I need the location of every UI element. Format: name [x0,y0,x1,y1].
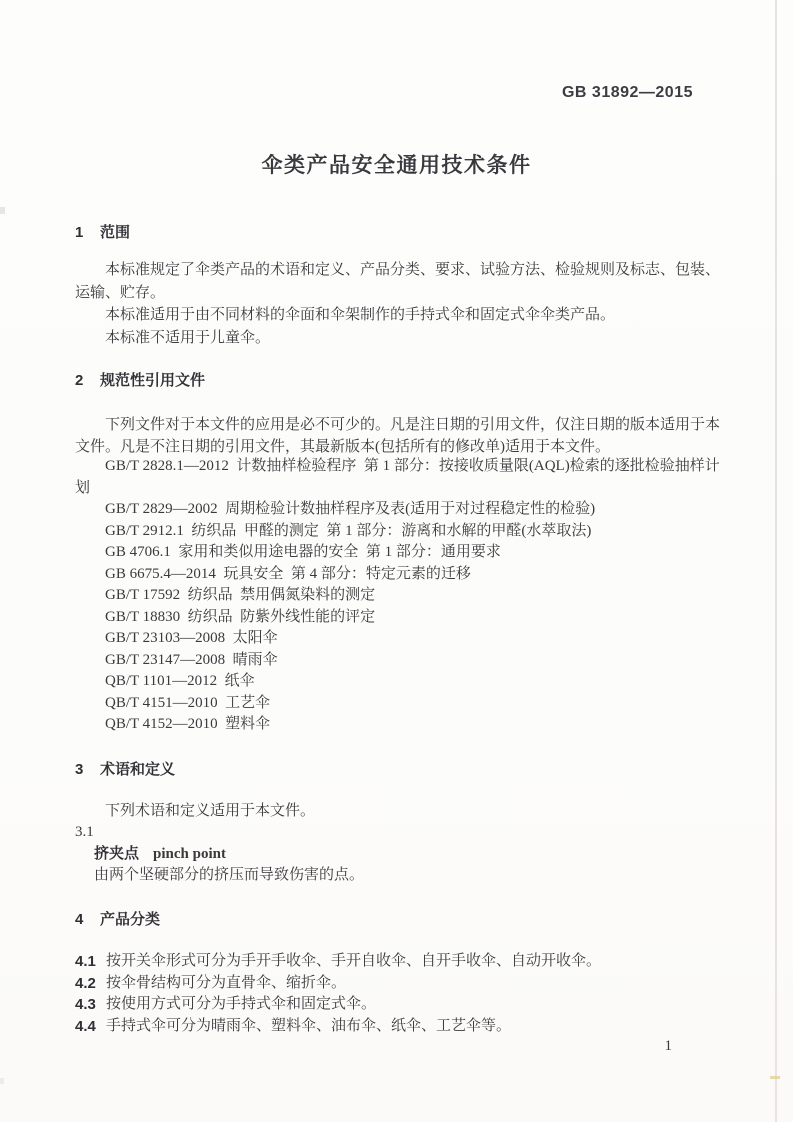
section-title: 规范性引用文件 [100,372,205,389]
reference-item: GB/T 23103—2008 太阳伞 [75,628,721,650]
clause-number: 4.4 [75,1016,106,1038]
reference-item: GB/T 23147—2008 晴雨伞 [75,650,721,672]
scope-paragraphs: 本标准规定了伞类产品的术语和定义、产品分类、要求、试验方法、检验规则及标志、包装… [75,259,721,349]
document-title: 伞类产品安全通用技术条件 [0,149,793,179]
references-list: GB/T 2828.1—2012 计数抽样检验程序 第 1 部分：按接收质量限(… [75,456,721,736]
clause-number: 4.2 [75,973,106,995]
section-title: 术语和定义 [100,761,175,778]
classification-item: 4.4手持式伞可分为晴雨伞、塑料伞、油布伞、纸伞、工艺伞等。 [75,1016,721,1038]
reference-item: QB/T 4151—2010 工艺伞 [75,693,721,715]
reference-item: GB/T 18830 纺织品 防紫外线性能的评定 [75,607,721,629]
section-number: 4 [75,909,100,931]
term-definition: 由两个坚硬部分的挤压而导致伤害的点。 [75,865,721,886]
reference-item: QB/T 4152—2010 塑料伞 [75,714,721,736]
term-entry-title: 挤夹点pinch point [75,843,721,865]
terms-intro: 下列术语和定义适用于本文件。 [75,801,721,822]
scan-artifact-speck [0,1078,4,1084]
classification-item: 4.3按使用方式可分为手持式伞和固定式伞。 [75,994,721,1016]
references-intro-paragraph: 下列文件对于本文件的应用是必不可少的。凡是注日期的引用文件，仅注日期的版本适用于… [75,414,721,458]
section-heading-classification: 4产品分类 [75,909,721,931]
term-entry-number: 3.1 [75,822,721,843]
reference-item: QB/T 1101—2012 纸伞 [75,671,721,693]
section-title: 范围 [100,224,130,241]
scanned-document-page: GB 31892—2015 伞类产品安全通用技术条件 1范围 本标准规定了伞类产… [0,0,793,1122]
classification-list: 4.1按开关伞形式可分为手开手收伞、手开自收伞、自开手收伞、自动开收伞。 4.2… [75,951,721,1037]
terms-content: 下列术语和定义适用于本文件。 3.1 挤夹点pinch point 由两个坚硬部… [75,801,721,886]
reference-item: GB/T 2828.1—2012 计数抽样检验程序 第 1 部分：按接收质量限(… [75,456,721,499]
clause-text: 手持式伞可分为晴雨伞、塑料伞、油布伞、纸伞、工艺伞等。 [106,1016,721,1038]
scope-paragraph: 本标准规定了伞类产品的术语和定义、产品分类、要求、试验方法、检验规则及标志、包装… [75,259,721,304]
reference-item: GB 6675.4—2014 玩具安全 第 4 部分：特定元素的迁移 [75,564,721,586]
reference-item: GB/T 17592 纺织品 禁用偶氮染料的测定 [75,585,721,607]
scan-artifact-speck [0,207,5,214]
references-intro: 下列文件对于本文件的应用是必不可少的。凡是注日期的引用文件，仅注日期的版本适用于… [75,414,721,458]
reference-item: GB/T 2912.1 纺织品 甲醛的测定 第 1 部分：游离和水解的甲醛(水萃… [75,521,721,543]
classification-item: 4.1按开关伞形式可分为手开手收伞、手开自收伞、自开手收伞、自动开收伞。 [75,951,721,973]
clause-text: 按使用方式可分为手持式伞和固定式伞。 [106,994,721,1016]
section-heading-references: 2规范性引用文件 [75,370,721,392]
section-title: 产品分类 [100,911,160,928]
clause-number: 4.3 [75,994,106,1016]
scan-artifact-tick [770,1076,780,1079]
clause-number: 4.1 [75,951,106,973]
page-number: 1 [665,1038,673,1055]
scope-paragraph: 本标准适用于由不同材料的伞面和伞架制作的手持式伞和固定式伞伞类产品。 [75,304,721,327]
section-number: 1 [75,222,100,244]
clause-text: 按开关伞形式可分为手开手收伞、手开自收伞、自开手收伞、自动开收伞。 [106,951,721,973]
standard-code: GB 31892—2015 [562,84,693,102]
section-number: 2 [75,370,100,392]
classification-item: 4.2按伞骨结构可分为直骨伞、缩折伞。 [75,973,721,995]
reference-item: GB/T 2829—2002 周期检验计数抽样程序及表(适用于对过程稳定性的检验… [75,499,721,521]
reference-item: GB 4706.1 家用和类似用途电器的安全 第 1 部分：通用要求 [75,542,721,564]
section-heading-terms: 3术语和定义 [75,759,721,781]
clause-text: 按伞骨结构可分为直骨伞、缩折伞。 [106,973,721,995]
scope-paragraph: 本标准不适用于儿童伞。 [75,327,721,350]
section-heading-scope: 1范围 [75,222,721,244]
section-number: 3 [75,759,100,781]
term-english: pinch point [153,846,226,862]
term-chinese: 挤夹点 [94,845,139,862]
